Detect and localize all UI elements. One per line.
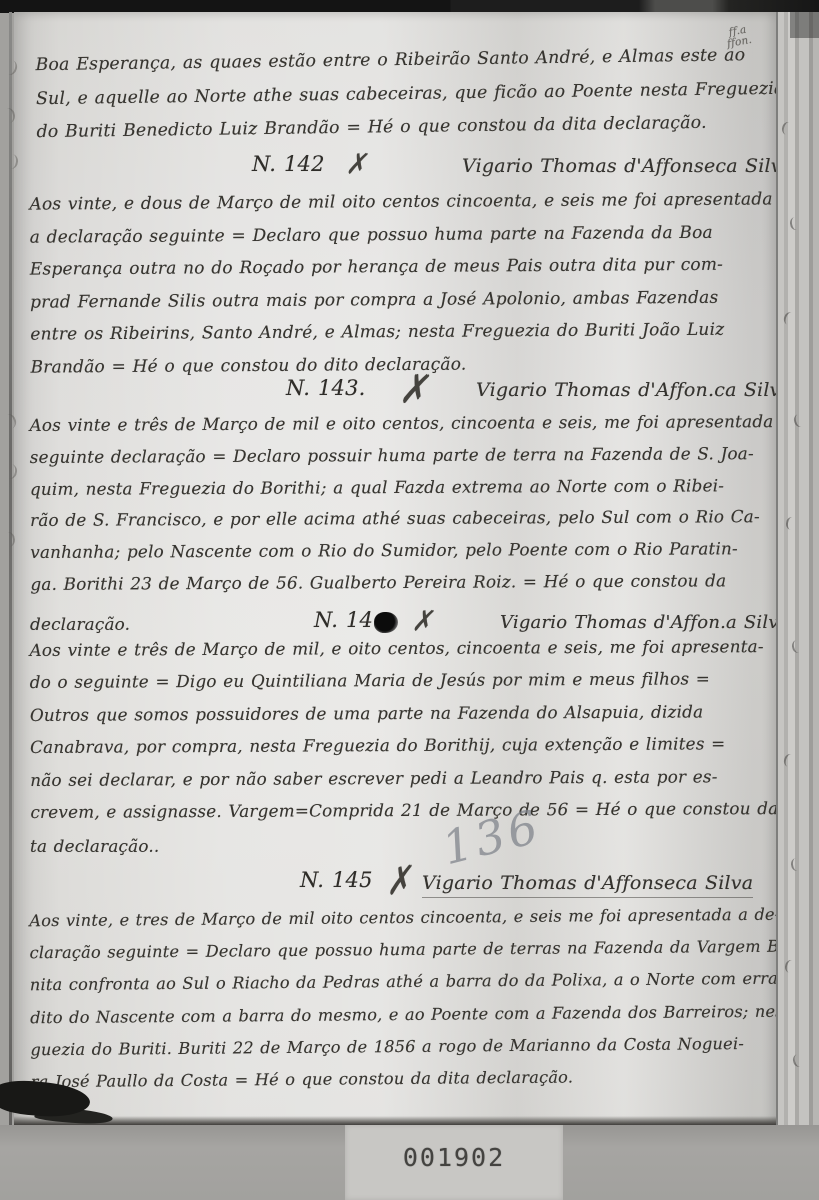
manuscript-line: crevem, e assignasse. Vargem=Comprida 21… <box>30 792 772 828</box>
ink-blot <box>374 612 398 633</box>
manuscript-line: do o seguinte = Digo eu Quintiliana Mari… <box>30 662 772 698</box>
entry-142-vicar: Vigario Thomas d'Affonseca Silva <box>462 155 793 177</box>
manuscript-line: prad Fernande Silis outra mais por compr… <box>30 281 772 319</box>
manuscript-line: Aos vinte e três de Março de mil, e oito… <box>29 630 771 666</box>
manuscript-line: ra José Paullo da Costa = Hé o que const… <box>31 1060 773 1099</box>
bleed-mark <box>1 412 18 431</box>
bleed-mark <box>3 463 18 480</box>
entry-142-heading: N. 142 ✗ Vigario Thomas d'Affonseca Silv… <box>14 152 776 188</box>
bleed-mark <box>790 857 803 871</box>
manuscript-line: ga. Borithi 23 de Março de 56. Gualberto… <box>30 565 772 601</box>
check-mark-icon: ✗ <box>345 146 367 183</box>
entry-144-number: N. 14 <box>314 608 373 632</box>
bleed-mark <box>792 1053 806 1068</box>
entry-144-body: Aos vinte e três de Março de mil, e oito… <box>29 630 772 828</box>
bleed-mark <box>784 959 797 974</box>
entry-143-vicar: Vigario Thomas d'Affon.ca Silva <box>476 379 792 401</box>
scanned-manuscript: ff.a ffon. Boa Esperança, as quaes estão… <box>0 0 819 1200</box>
bleed-mark <box>792 413 806 429</box>
manuscript-line: Outros que somos possuidores de uma part… <box>30 695 772 731</box>
manuscript-line: Esperança outra no do Roçado por herança… <box>30 249 772 287</box>
bleed-mark <box>782 753 796 769</box>
entry-145-body: Aos vinte, e tres de Março de mil oito c… <box>29 899 773 1099</box>
manuscript-line: Aos vinte e três de Março de mil e oito … <box>30 406 772 442</box>
entry-145-heading: N. 145 ✗ Vigario Thomas d'Affonseca Silv… <box>14 868 776 904</box>
intro-paragraph: Boa Esperança, as quaes estão entre o Ri… <box>35 39 778 150</box>
manuscript-line: vanhanha; pelo Nascente com o Rio do Sum… <box>30 533 772 569</box>
entry-143-number: N. 143. <box>286 376 366 400</box>
entry-143-body: Aos vinte e três de Março de mil e oito … <box>30 406 773 601</box>
bleed-mark <box>1 531 16 548</box>
manuscript-line: quim, nesta Freguezia do Borithi; a qual… <box>30 470 772 506</box>
bleed-mark <box>789 216 802 231</box>
bleed-mark <box>2 58 19 76</box>
manuscript-line: guezia do Buriti. Buriti 22 de Março de … <box>30 1028 772 1067</box>
entry-142-number: N. 142 <box>252 152 325 176</box>
scan-bottom-area: 001902 <box>0 1125 819 1200</box>
bleed-mark <box>781 121 795 136</box>
manuscript-line: rão de S. Francisco, e por elle acima at… <box>30 501 772 537</box>
page-bottom-edge <box>14 1116 776 1125</box>
manuscript-line: não sei declarar, e por não saber escrev… <box>30 760 772 796</box>
bleed-mark <box>791 639 804 654</box>
page-number-stamp: 001902 <box>345 1143 563 1172</box>
bleed-mark <box>782 311 797 327</box>
entry-145-vicar: Vigario Thomas d'Affonseca Silva <box>422 872 753 898</box>
cross-mark-icon: ✗ <box>385 858 412 905</box>
entry-145-number: N. 145 <box>300 868 373 892</box>
manuscript-line: Aos vinte, e dous de Março de mil oito c… <box>29 183 771 221</box>
entry-142-body: Aos vinte, e dous de Março de mil oito c… <box>29 183 772 384</box>
manuscript-page: ff.a ffon. Boa Esperança, as quaes estão… <box>14 12 776 1125</box>
manuscript-line: seguinte declaração = Declaro possuir hu… <box>30 438 772 474</box>
page-fold-line <box>9 12 12 1125</box>
bleed-mark <box>1 107 17 124</box>
manuscript-line: Canabrava, por compra, nesta Freguezia d… <box>30 727 772 763</box>
book-binding-edge <box>776 12 819 1135</box>
manuscript-line: entre os Ribeirins, Santo André, e Almas… <box>30 314 772 352</box>
entry-144-tail: ta declaração.. <box>30 836 159 856</box>
binding-shadow <box>790 12 819 38</box>
stamp-slip: 001902 <box>345 1125 563 1200</box>
manuscript-line: a declaração seguinte = Declaro que poss… <box>30 216 772 254</box>
entry-143-tail: declaração. <box>30 614 130 634</box>
bleed-mark <box>785 516 798 530</box>
